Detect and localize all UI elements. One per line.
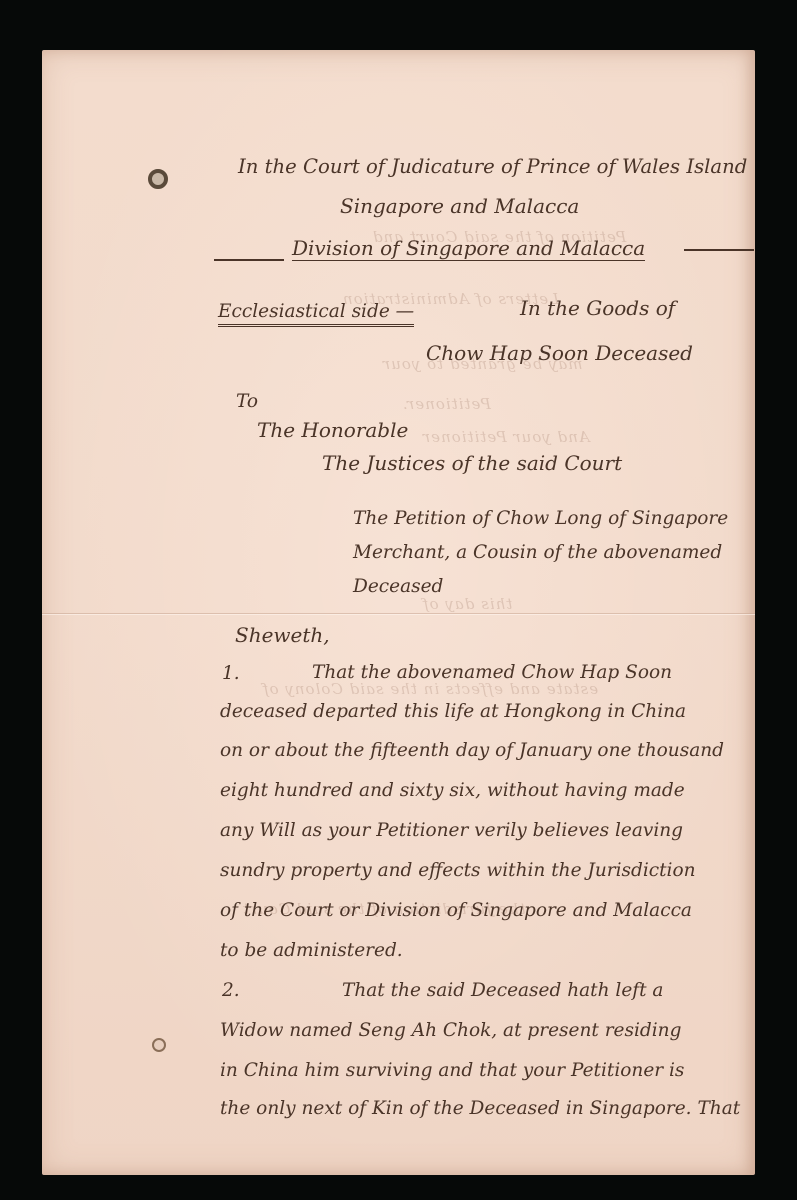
address-to: To: [236, 393, 258, 412]
paragraph-line: Widow named Seng Ah Chok, at present res…: [220, 1022, 681, 1041]
paragraph-line: That the abovenamed Chow Hap Soon: [312, 664, 672, 683]
paragraph-line: deceased departed this life at Hongkong …: [220, 703, 686, 722]
paragraph-line: of the Court or Division of Singapore an…: [220, 902, 692, 921]
petitioner-line-2: Merchant, a Cousin of the abovenamed: [353, 544, 722, 563]
address-honorable: The Honorable: [257, 420, 408, 440]
court-title-line-2: Singapore and Malacca: [340, 196, 579, 216]
paragraph-line: any Will as your Petitioner verily belie…: [220, 822, 683, 841]
paragraph-line: the only next of Kin of the Deceased in …: [220, 1100, 740, 1119]
in-the-goods-of: In the Goods of: [520, 298, 675, 318]
show-through-text: this day of: [422, 595, 512, 613]
show-through-text: Petitioner.: [402, 395, 491, 413]
address-justices: The Justices of the said Court: [322, 453, 622, 473]
paragraph-line: sundry property and effects within the J…: [220, 862, 696, 881]
paragraph-number: 2.: [222, 982, 240, 1001]
decorative-rule: [214, 259, 284, 261]
paragraph-line: to be administered.: [220, 942, 403, 961]
scan-frame: Petition of the said Court and Letters o…: [0, 0, 797, 1200]
paragraph-line: eight hundred and sixty six, without hav…: [220, 782, 685, 801]
ecclesiastical-side-label: Ecclesiastical side —: [218, 303, 414, 327]
deceased-name: Chow Hap Soon Deceased: [426, 343, 693, 363]
manuscript-page: Petition of the said Court and Letters o…: [42, 50, 755, 1175]
sheweth-heading: Sheweth,: [235, 625, 330, 645]
paragraph-line: That the said Deceased hath left a: [342, 982, 663, 1001]
show-through-text: And your Petitioner: [422, 428, 590, 446]
paragraph-line: on or about the fifteenth day of January…: [220, 742, 724, 761]
court-division-title: Division of Singapore and Malacca: [292, 238, 645, 261]
decorative-rule: [684, 249, 754, 251]
court-title-line-1: In the Court of Judicature of Prince of …: [238, 156, 747, 176]
binding-hole-icon: [152, 1038, 166, 1052]
binding-hole-icon: [148, 169, 168, 189]
fold-crease: [42, 613, 755, 614]
paragraph-line: in China him surviving and that your Pet…: [220, 1062, 684, 1081]
petitioner-line-3: Deceased: [353, 578, 443, 597]
paragraph-number: 1.: [222, 665, 240, 684]
petitioner-line-1: The Petition of Chow Long of Singapore: [353, 510, 728, 529]
